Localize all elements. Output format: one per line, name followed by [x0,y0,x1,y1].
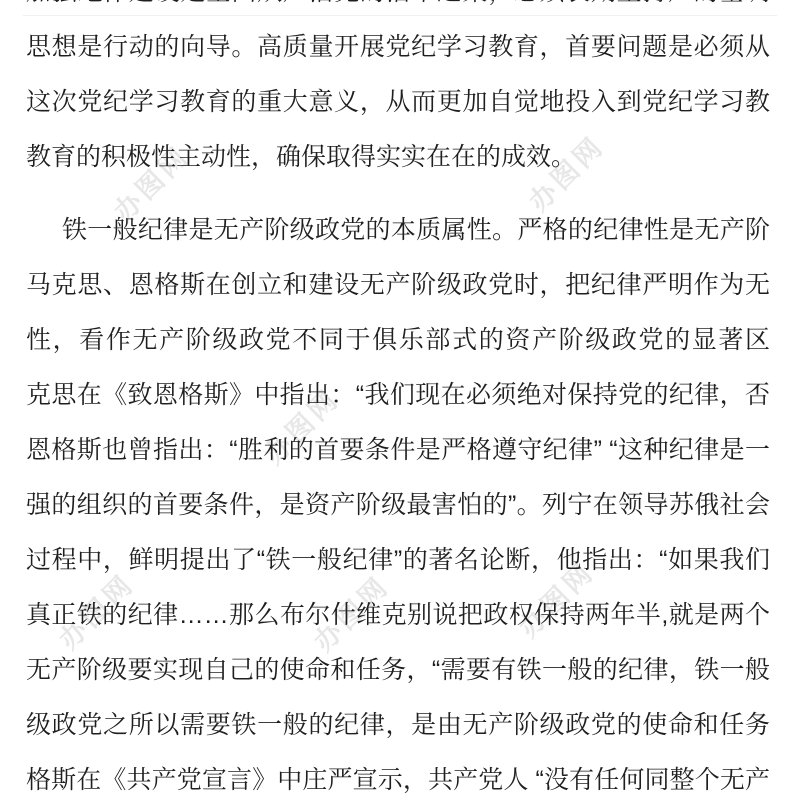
text-line: 性，看作无产阶级政党不同于俱乐部式的资产阶级政党的显著区别。1859 年 5 月… [26,313,770,368]
text-line: 铁一般纪律是无产阶级政党的本质属性。严格的纪律性是无产阶级政党的特有属性。 [26,203,770,258]
text-line: 这次党纪学习教育的重大意义，从而更加自觉地投入到党纪学习教育中，增强参加学习 [26,75,770,130]
text-line: 真正铁的纪律……那么布尔什维克别说把政权保持两年半,就是两个半月也保持不住”； [26,588,770,643]
text-line: 级政党之所以需要铁一般的纪律，是由无产阶级政党的使命和任务决定的。马克思、恩 [26,698,770,753]
text-line: 强的组织的首要条件，是资产阶级最害怕的”。列宁在领导苏俄社会主义革命和建设的 [26,478,770,533]
text-line: 思想是行动的向导。高质量开展党纪学习教育，首要问题是必须从思想上充分认识开展 [26,20,770,75]
paragraph: 加强纪律建设是全面从严治党的治本之策，必须长期坚持严的基调不动摇思想是行动的向导… [26,0,770,185]
text-line: 过程中，鲜明提出了“铁一般纪律”的著名论断，他指出：“如果我们党没有极严格的 [26,533,770,588]
text-line: 克思在《致恩格斯》中指出：“我们现在必须绝对保持党的纪律，否则将一事无成。” [26,368,770,423]
document-text: 加强纪律建设是全面从严治党的治本之策，必须长期坚持严的基调不动摇思想是行动的向导… [26,0,770,800]
document-page: 办图网办图网办图网办图网办图网办图网 加强纪律建设是全面从严治党的治本之策，必须… [0,0,800,800]
text-line: 恩格斯也曾指出：“胜利的首要条件是严格遵守纪律” “这种纪律是一个有成效的和坚 [26,423,770,478]
text-line: 教育的积极性主动性，确保取得实实在在的成效。 [26,130,770,185]
text-line-clipped: 加强纪律建设是全面从严治党的治本之策，必须长期坚持严的基调不动摇 [26,0,770,20]
paragraph: 铁一般纪律是无产阶级政党的本质属性。严格的纪律性是无产阶级政党的特有属性。马克思… [26,203,770,800]
text-line: 马克思、恩格斯在创立和建设无产阶级政党时，把纪律严明作为无产阶级政党的本质属 [26,258,770,313]
text-line: 无产阶级要实现自己的使命和任务，“需要有铁一般的纪律，铁一般的组织”。无产阶 [26,643,770,698]
text-line: 格斯在《共产党宣言》中庄严宣示，共产党人 “没有任何同整个无产阶级的利益不同的 [26,753,770,800]
